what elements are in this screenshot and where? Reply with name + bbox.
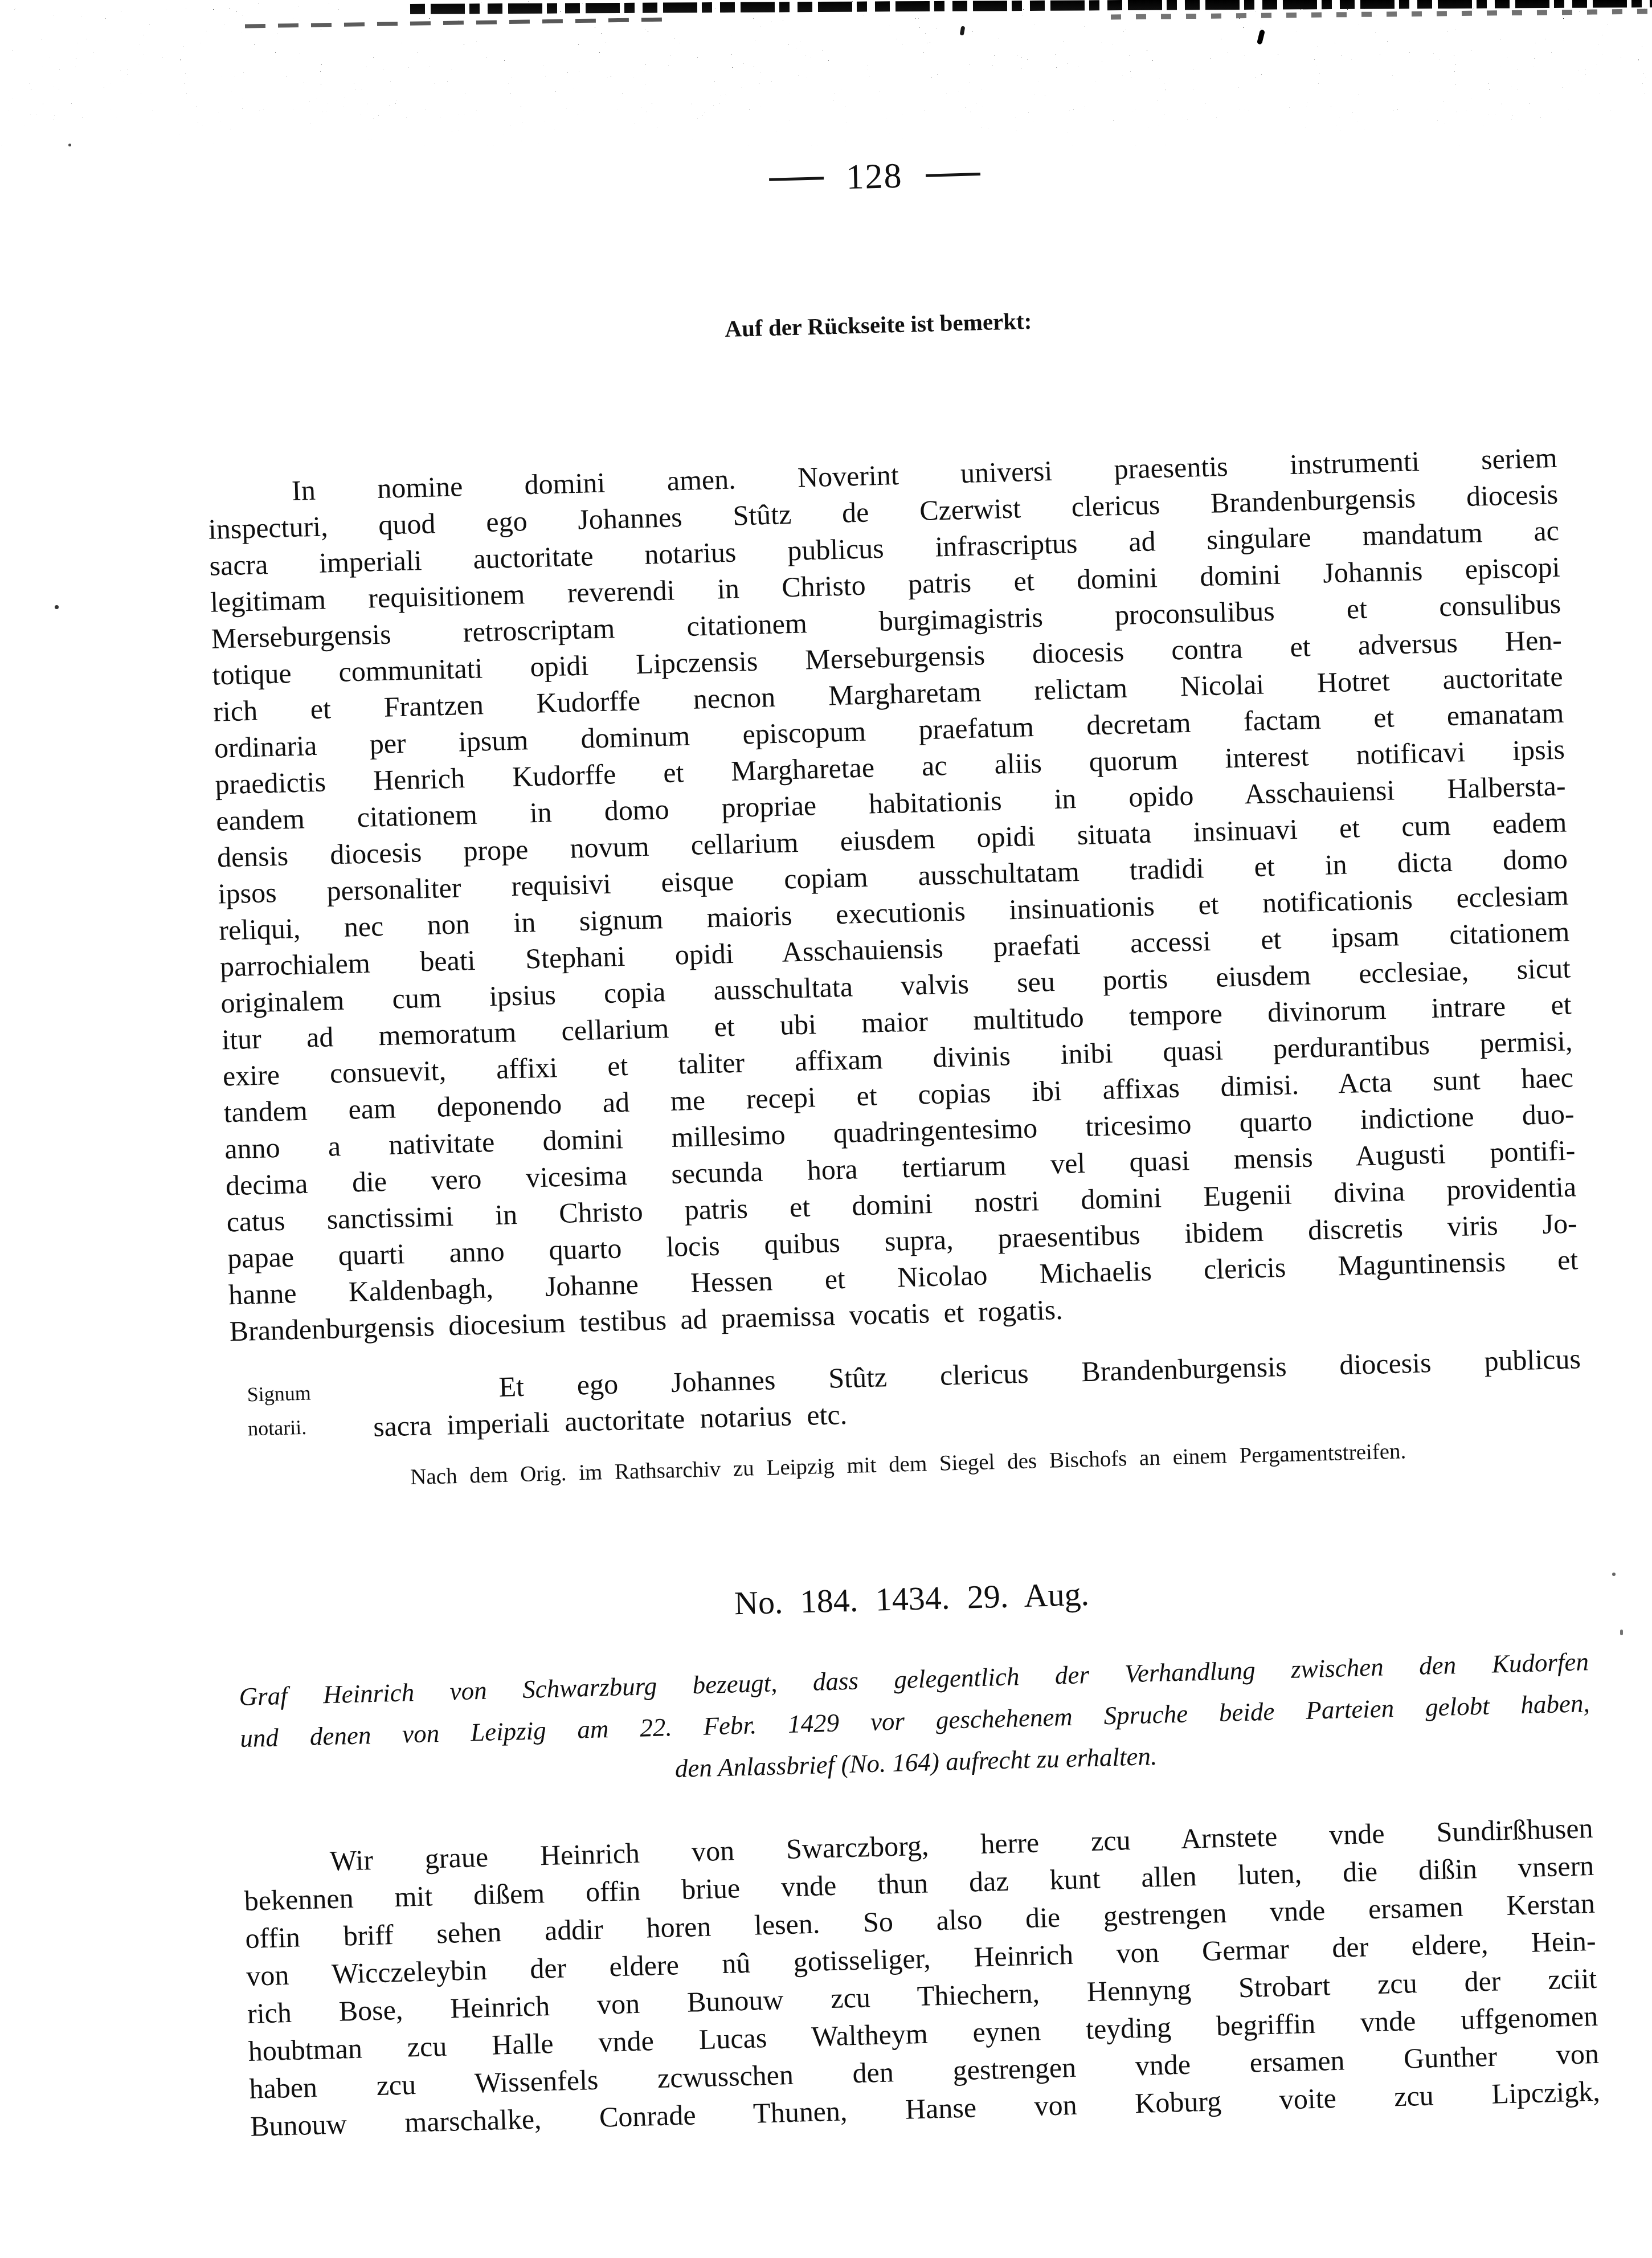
page-number-row: 128 — [199, 139, 1550, 215]
notary-attestation: Signum notarii. Et ego Johannes Stûtz cl… — [231, 1340, 1583, 1448]
regesta-summary: Graf Heinrich von Schwarzburg bezeugt, d… — [239, 1641, 1592, 1801]
back-note-header: Auf der Rückseite ist bemerkt: — [203, 293, 1553, 356]
page-content: 128 Auf der Rückseite ist bemerkt: In no… — [195, 0, 1600, 2145]
margin-note-signum-notarii: Signum notarii. — [247, 1376, 312, 1446]
page-number-rule-left — [769, 177, 824, 181]
german-charter-text: Wir graue Heinrich von Swarczborg, herre… — [243, 1809, 1600, 2145]
margin-note-line: notarii. — [247, 1410, 312, 1446]
latin-notarial-instrument: In nomine domini amen. Noverint universi… — [207, 439, 1579, 1350]
ink-speck — [1612, 1573, 1616, 1576]
charter-heading: No. 184. 1434. 29. Aug. — [236, 1562, 1587, 1635]
margin-note-line: Signum — [247, 1376, 312, 1412]
scanned-book-page: 128 Auf der Rückseite ist bemerkt: In no… — [0, 0, 1652, 2258]
ink-speck — [55, 605, 59, 609]
ink-speck — [1620, 1630, 1623, 1635]
page-number: 128 — [846, 156, 903, 198]
page-number-rule-right — [926, 173, 980, 177]
ink-speck — [68, 144, 71, 146]
